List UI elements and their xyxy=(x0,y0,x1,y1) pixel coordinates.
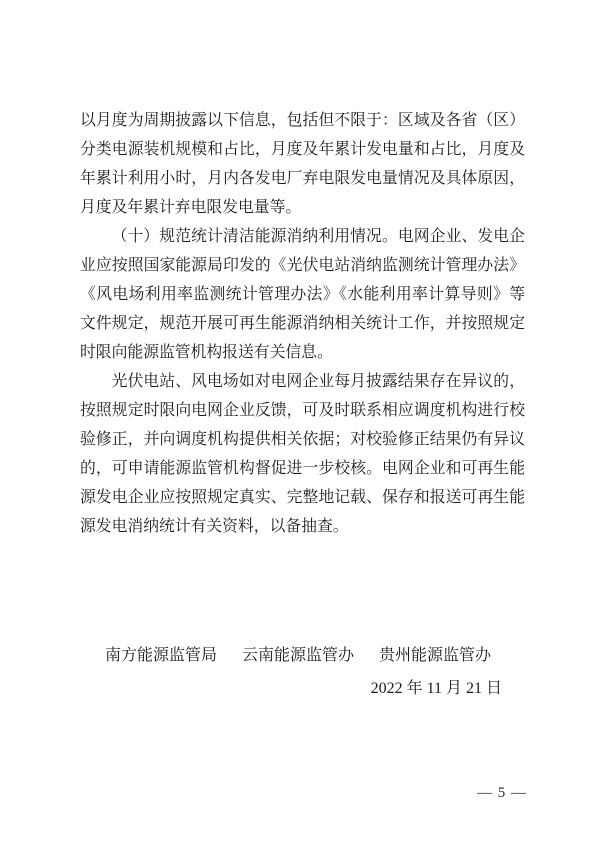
signature-org: 贵州能源监管办 xyxy=(379,641,491,670)
text-line: 年累计利用小时，月内各发电厂弃电限发电量情况及具体原因， xyxy=(80,164,525,193)
signature-org: 云南能源监管办 xyxy=(242,641,354,670)
signature-date: 2022 年 11 月 21 日 xyxy=(80,674,525,703)
text-line: 的，可申请能源监管机构督促进一步校核。电网企业和可再生能 xyxy=(80,454,525,483)
text-line: 按照规定时限向电网企业反馈，可及时联系相应调度机构进行校 xyxy=(80,396,525,425)
text-line: （十）规范统计清洁能源消纳利用情况。电网企业、发电企 xyxy=(80,222,525,251)
text-line: 验修正，并向调度机构提供相关依据；对校验修正结果仍有异议 xyxy=(80,425,525,454)
document-body: 以月度为周期披露以下信息，包括但不限于：区域及各省（区）分类电源装机规模和占比，… xyxy=(80,106,525,703)
text-line: 源发电企业应按照规定真实、完整地记载、保存和报送可再生能 xyxy=(80,483,525,512)
text-line: 《风电场利用率监测统计管理办法》《水能利用率计算导则》等 xyxy=(80,280,525,309)
signature-org: 南方能源监管局 xyxy=(105,641,217,670)
text-line: 光伏电站、风电场如对电网企业每月披露结果存在异议的， xyxy=(80,367,525,396)
document-page: 以月度为周期披露以下信息，包括但不限于：区域及各省（区）分类电源装机规模和占比，… xyxy=(0,0,600,848)
text-line: 分类电源装机规模和占比，月度及年累计发电量和占比，月度及 xyxy=(80,135,525,164)
page-footer: — 5 — xyxy=(0,783,527,803)
text-line: 文件规定，规范开展可再生能源消纳相关统计工作，并按照规定 xyxy=(80,309,525,338)
page-number: — 5 — xyxy=(477,785,527,801)
clause-heading: （十）规范统计清洁能源消纳利用情况。 xyxy=(112,228,398,245)
text-line: 业应按照国家能源局印发的《光伏电站消纳监测统计管理办法》 xyxy=(80,251,525,280)
paragraphs-container: 以月度为周期披露以下信息，包括但不限于：区域及各省（区）分类电源装机规模和占比，… xyxy=(80,106,525,541)
text-line: 时限向能源监管机构报送有关信息。 xyxy=(80,338,525,367)
text-line: 月度及年累计弃电限发电量等。 xyxy=(80,193,525,222)
paragraph: 光伏电站、风电场如对电网企业每月披露结果存在异议的，按照规定时限向电网企业反馈，… xyxy=(80,367,525,541)
text-line: 以月度为周期披露以下信息，包括但不限于：区域及各省（区） xyxy=(80,106,525,135)
paragraph: （十）规范统计清洁能源消纳利用情况。电网企业、发电企业应按照国家能源局印发的《光… xyxy=(80,222,525,367)
text-line: 源发电消纳统计有关资料，以备抽查。 xyxy=(80,512,525,541)
signature-block: 南方能源监管局云南能源监管办贵州能源监管办 2022 年 11 月 21 日 xyxy=(80,641,525,703)
signature-orgs: 南方能源监管局云南能源监管办贵州能源监管办 xyxy=(105,641,525,670)
paragraph: 以月度为周期披露以下信息，包括但不限于：区域及各省（区）分类电源装机规模和占比，… xyxy=(80,106,525,222)
